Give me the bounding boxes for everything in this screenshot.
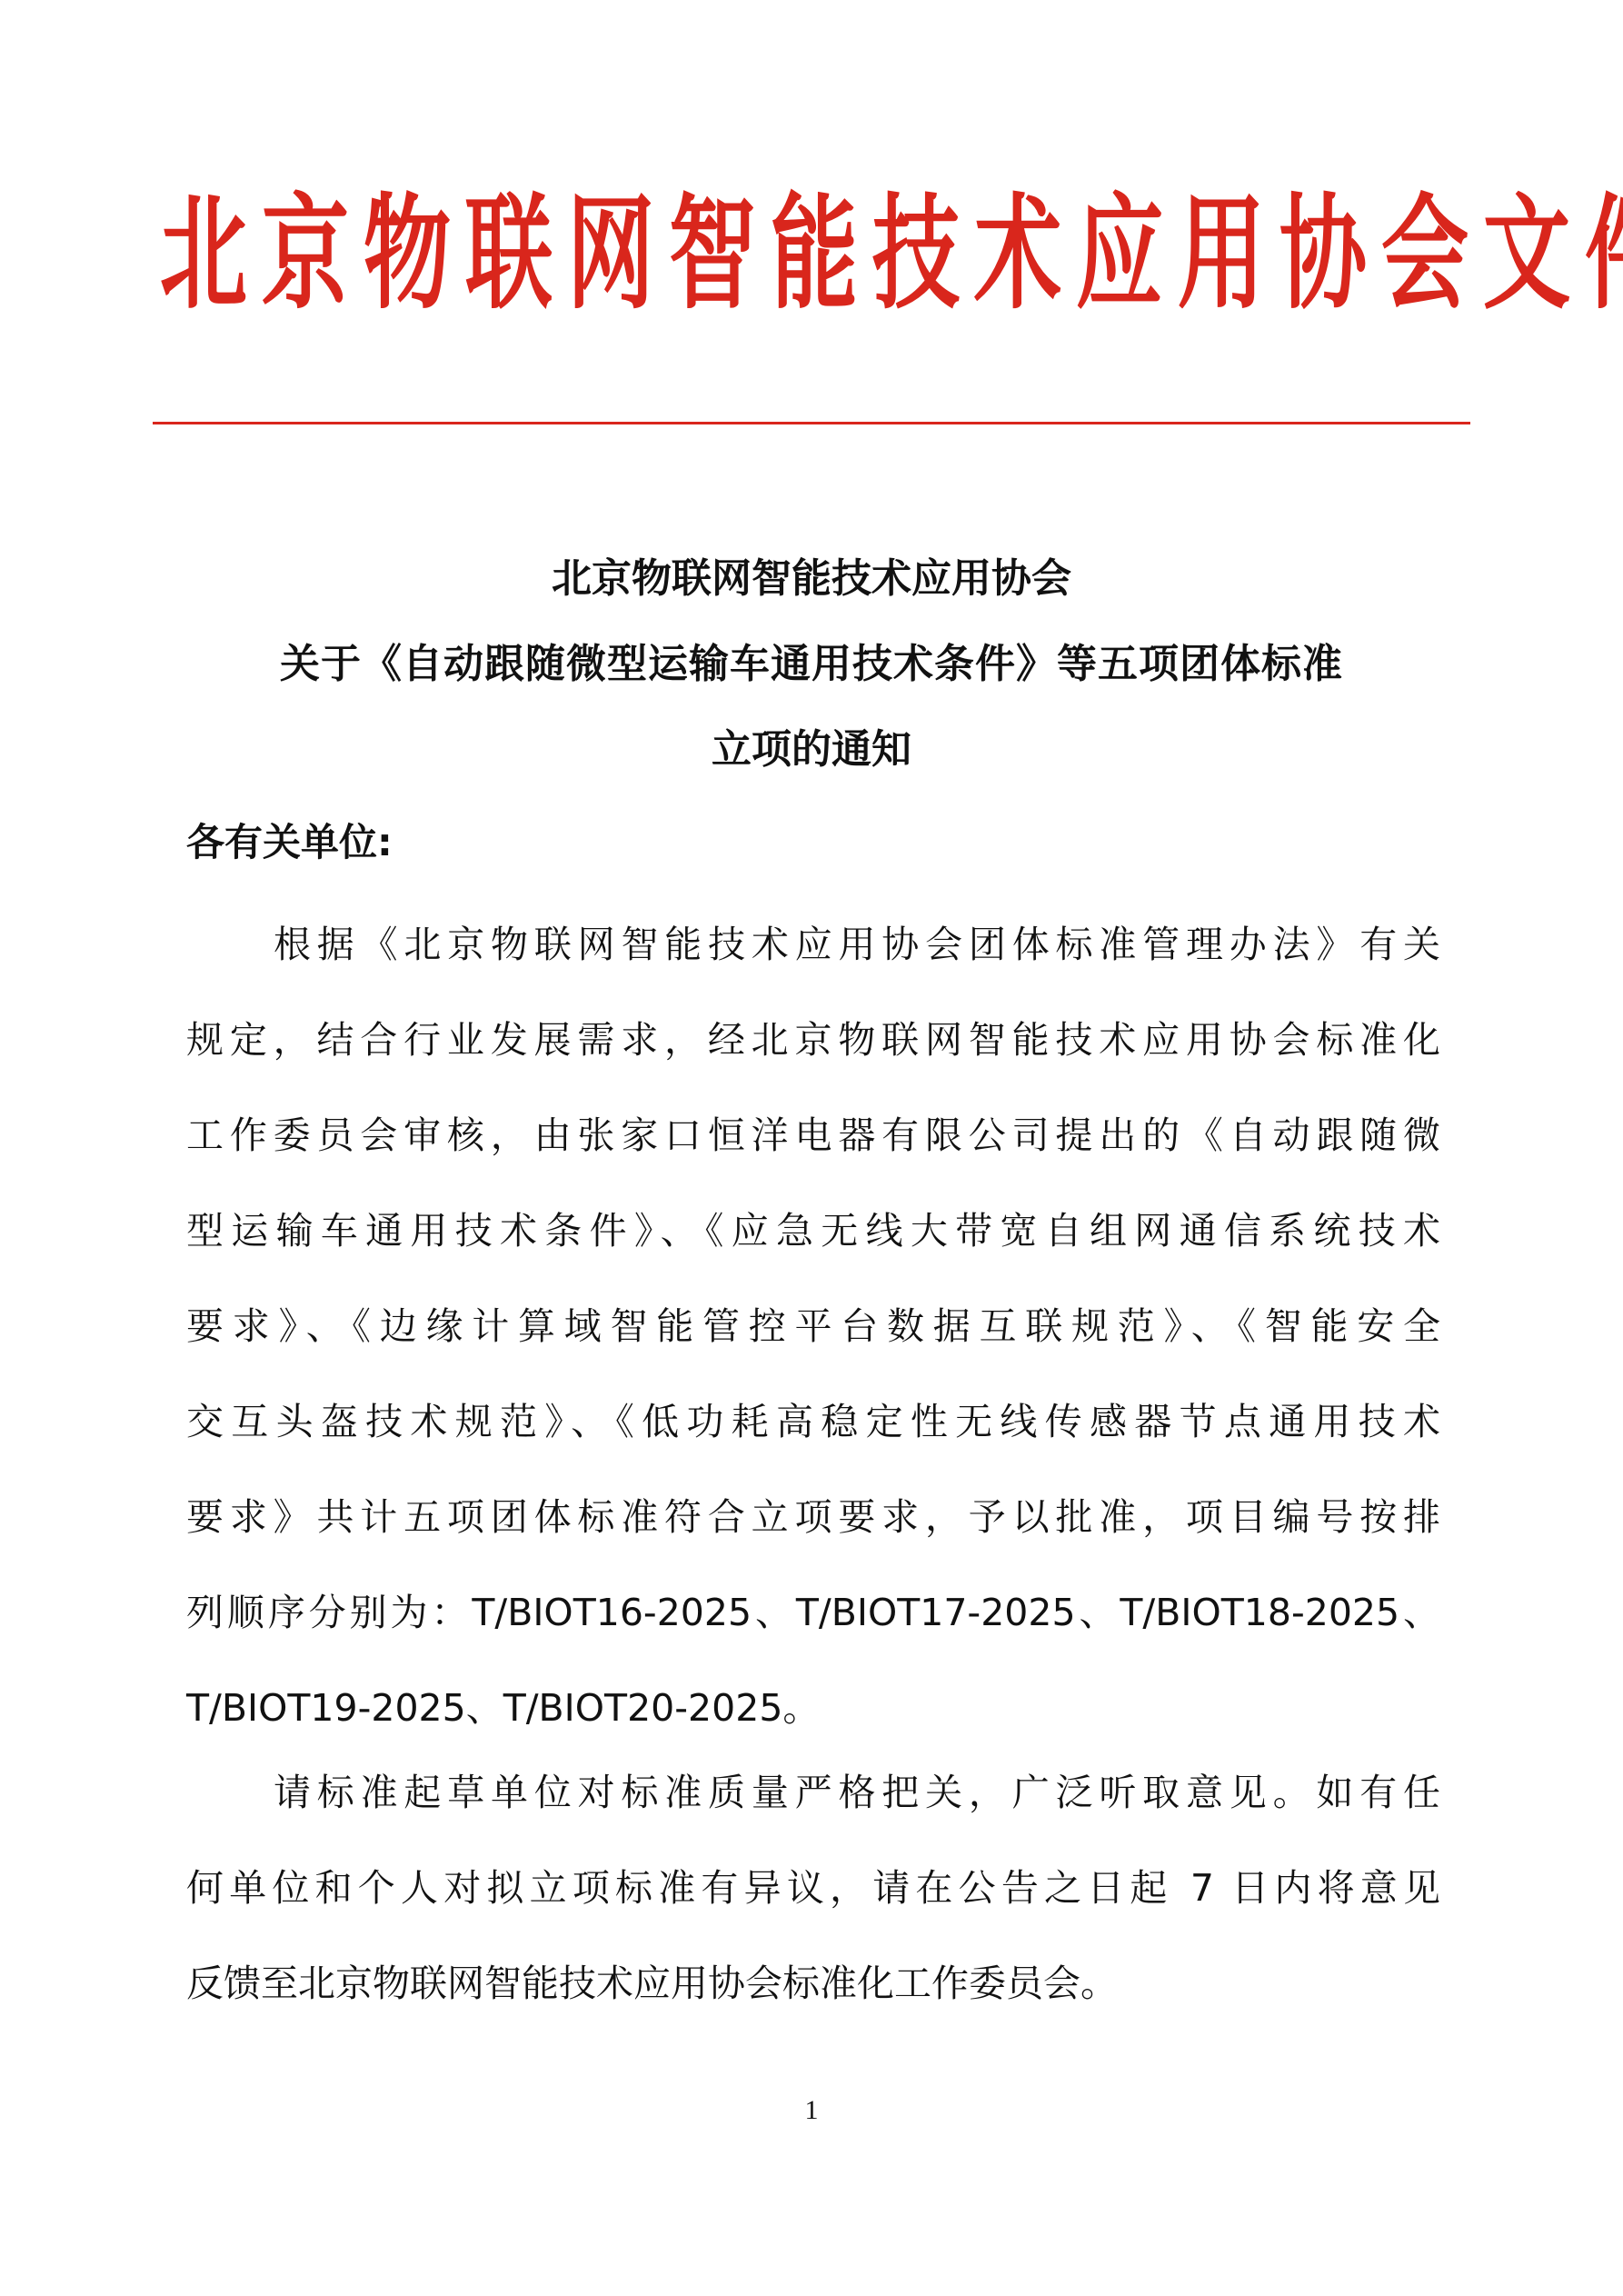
masthead-char: 协 [1279, 193, 1367, 317]
masthead-char: 会 [1381, 193, 1469, 317]
paragraph-feedback: 请标准起草单位对标准质量严格把关，广泛听取意见。如有任 何单位和个人对拟立项标准… [186, 1745, 1440, 2031]
masthead-char: 网 [567, 193, 654, 317]
paragraph-line: 工作委员会审核，由张家口恒洋电器有限公司提出的《自动跟随微 [186, 1088, 1440, 1183]
paragraph-line: 要求》共计五项团体标准符合立项要求，予以批准，项目编号按排 [186, 1470, 1440, 1565]
page-number: 1 [0, 2095, 1623, 2126]
masthead-char: 术 [974, 193, 1061, 317]
paragraph-line: 何单位和个人对拟立项标准有异议，请在公告之日起 7 日内将意见 [186, 1841, 1440, 1936]
title-line-organization: 北京物联网智能技术应用协会 [153, 536, 1470, 622]
paragraph-line: 请标准起草单位对标准质量严格把关，广泛听取意见。如有任 [186, 1745, 1440, 1841]
notice-title: 北京物联网智能技术应用协会 关于《自动跟随微型运输车通用技术条件》等五项团体标准… [153, 536, 1470, 793]
paragraph-line: 规定，结合行业发展需求，经北京物联网智能技术应用协会标准化 [186, 993, 1440, 1088]
paragraph-line: 要求》、《边缘计算域智能管控平台数据互联规范》、《智能安全 [186, 1279, 1440, 1374]
salutation: 各有关单位: [186, 815, 393, 870]
masthead-char: 物 [363, 193, 451, 317]
masthead-char: 技 [872, 193, 960, 317]
masthead-char: 文 [1483, 193, 1570, 317]
masthead-char: 京 [262, 193, 349, 317]
masthead-char: 北 [160, 193, 247, 317]
paragraph-approval: 根据《北京物联网智能技术应用协会团体标准管理办法》有关 规定，结合行业发展需求，… [186, 897, 1440, 1756]
masthead-char: 用 [1178, 193, 1265, 317]
paragraph-line: 反馈至北京物联网智能技术应用协会标准化工作委员会。 [186, 1936, 1440, 2031]
title-line-notice: 立项的通知 [153, 707, 1470, 793]
masthead-char: 联 [465, 193, 553, 317]
title-line-subject: 关于《自动跟随微型运输车通用技术条件》等五项团体标准 [153, 622, 1470, 707]
masthead-char: 能 [771, 193, 858, 317]
paragraph-line: 根据《北京物联网智能技术应用协会团体标准管理办法》有关 [186, 897, 1440, 993]
paragraph-line: 型运输车通用技术条件》、《应急无线大带宽自组网通信系统技术 [186, 1183, 1440, 1279]
paragraph-line: 交互头盔技术规范》、《低功耗高稳定性无线传感器节点通用技术 [186, 1374, 1440, 1470]
masthead-char: 应 [1076, 193, 1163, 317]
masthead-title: 北 京 物 联 网 智 能 技 术 应 用 协 会 文 件 [153, 182, 1470, 327]
red-divider-rule [153, 422, 1470, 424]
paragraph-line: 列顺序分别为：T/BIOT16-2025、T/BIOT17-2025、T/BIO… [186, 1565, 1440, 1661]
document-page: 北 京 物 联 网 智 能 技 术 应 用 协 会 文 件 北京物联网智能技术应… [0, 0, 1623, 2296]
masthead-char: 件 [1585, 193, 1623, 317]
masthead-char: 智 [669, 193, 756, 317]
paragraph-line: T/BIOT19-2025、T/BIOT20-2025。 [186, 1661, 1440, 1756]
